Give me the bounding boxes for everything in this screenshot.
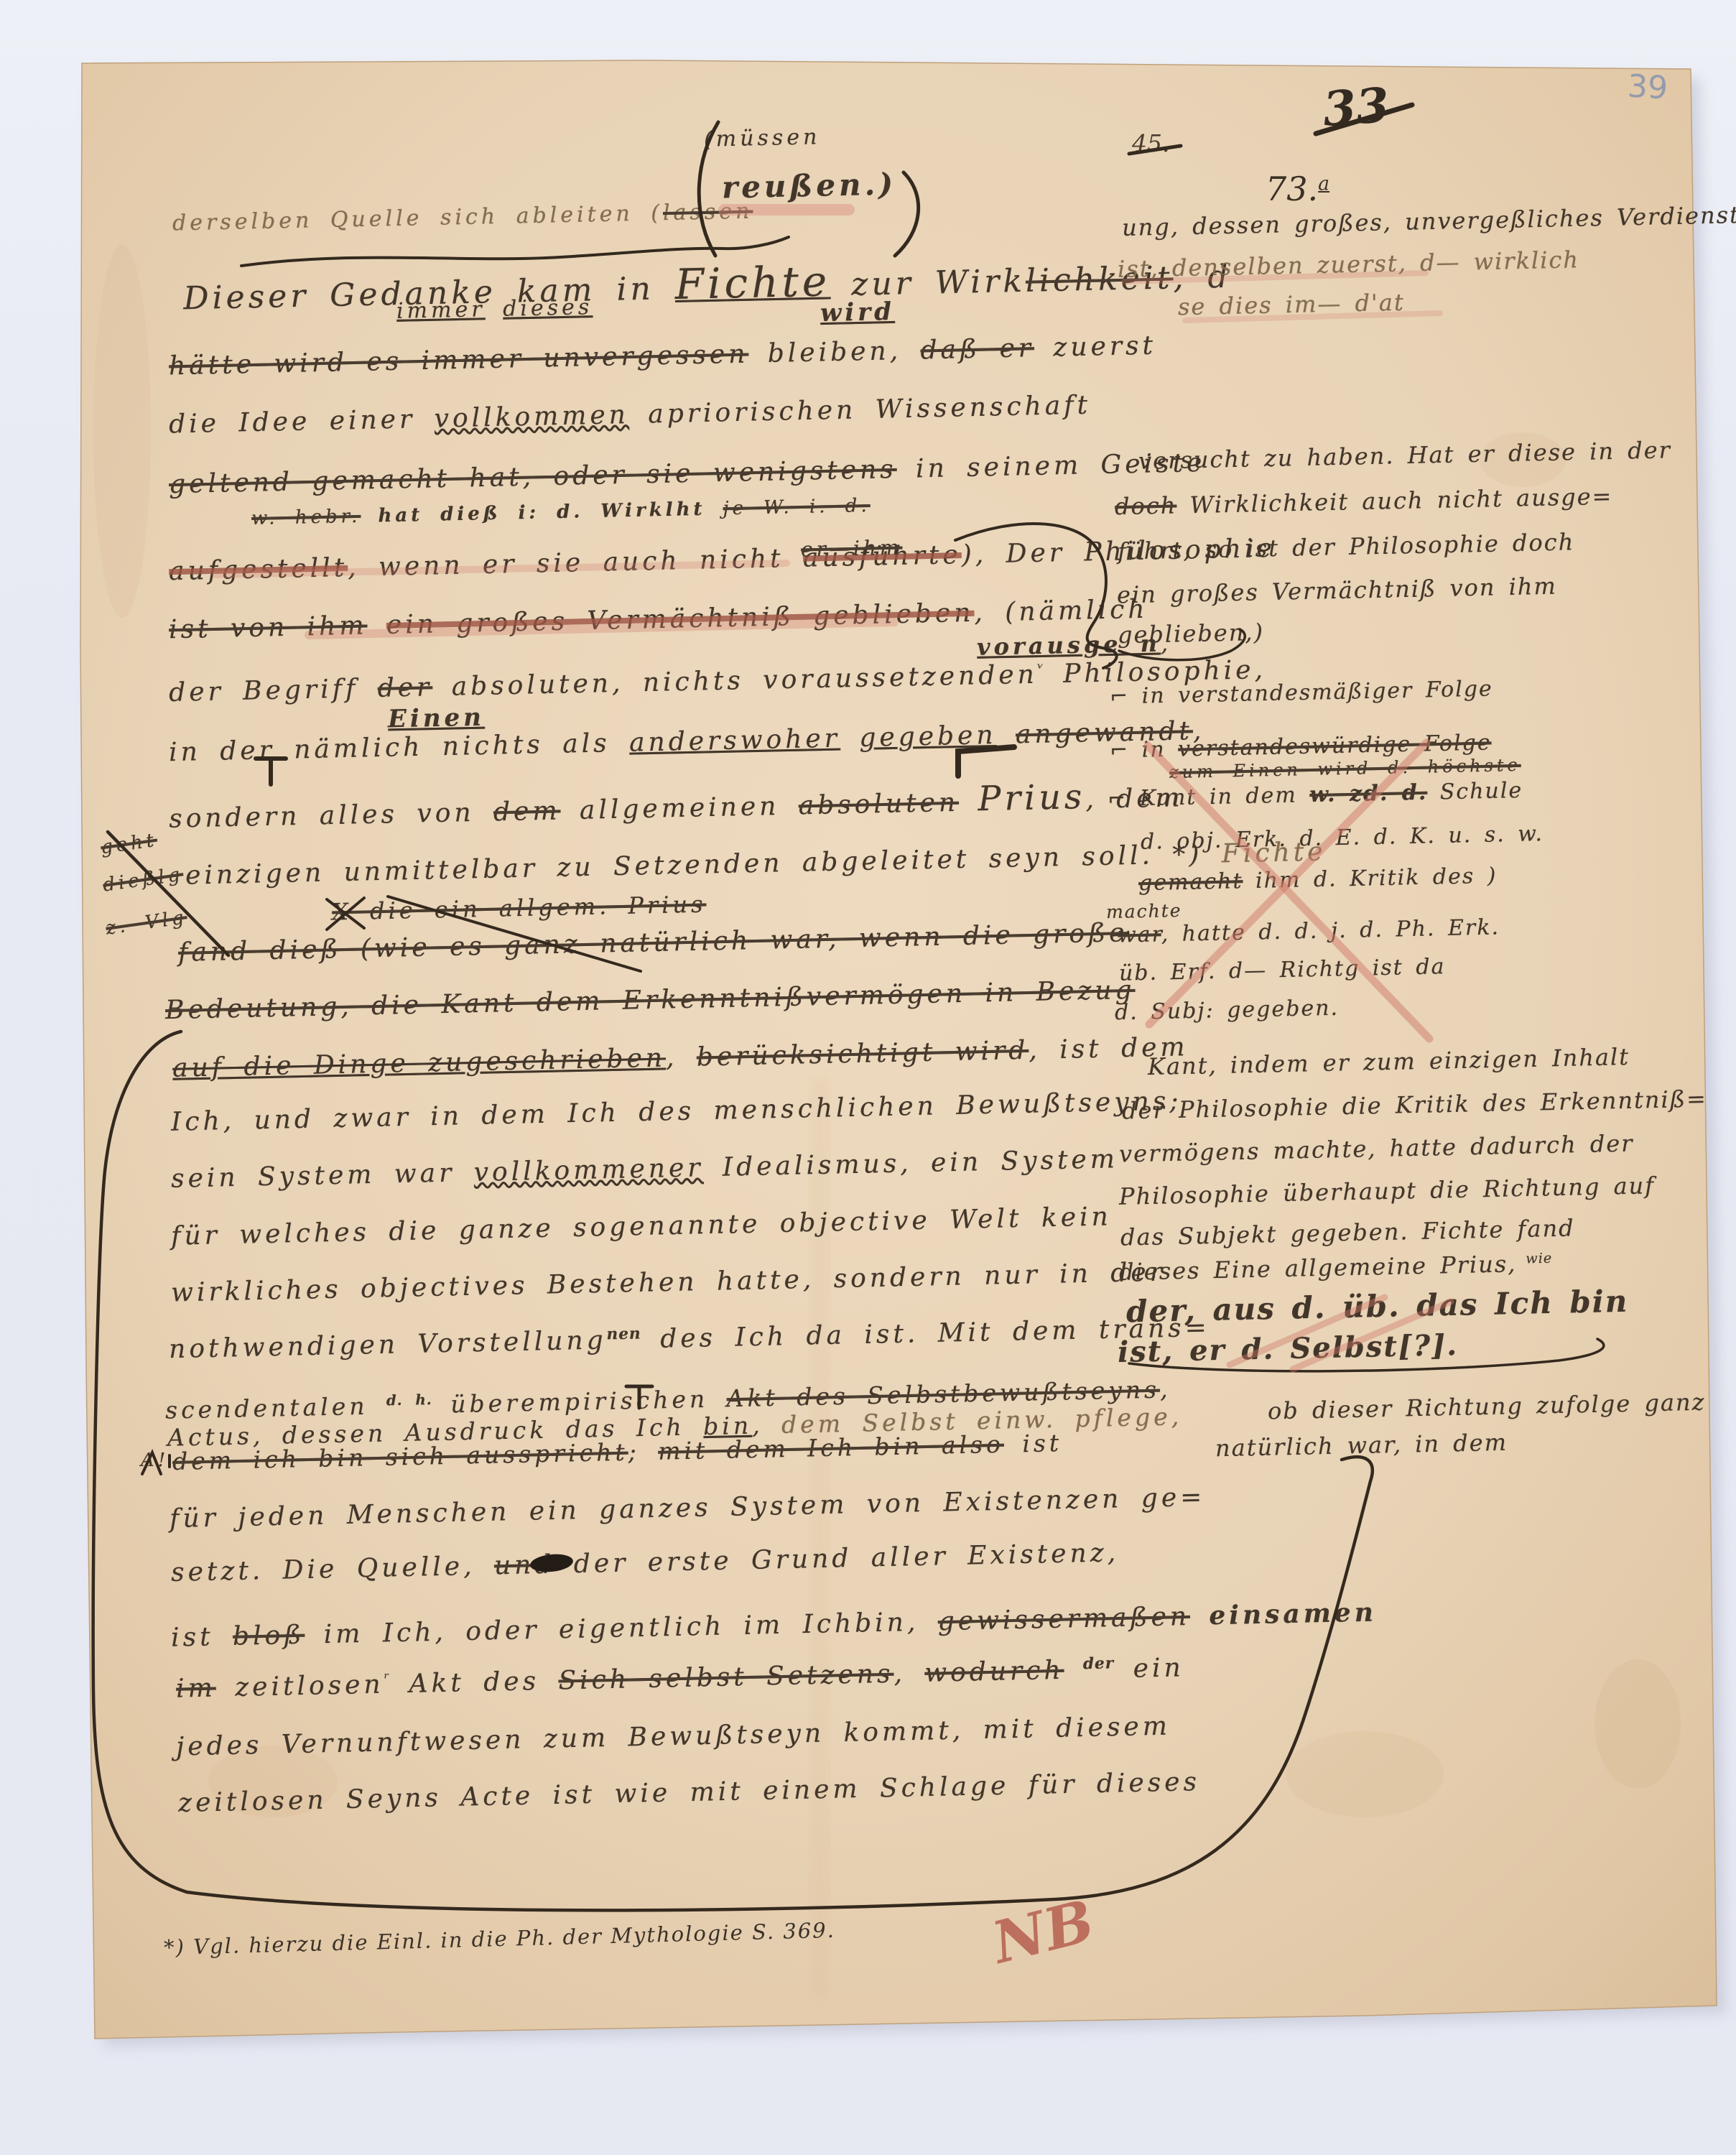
manuscript-line: machte: [1106, 902, 1182, 921]
manuscript-line: wirkliches objectives Bestehen hatte, so…: [171, 1260, 1166, 1307]
manuscript-text-segment: ,: [1160, 1375, 1171, 1403]
nb-red-annotation: NB: [986, 1886, 1100, 1976]
manuscript-text-segment: für welches die ganze sogenannte objecti…: [171, 1202, 1112, 1251]
manuscript-line: Dieser Gedanke kam in Fichte zur Wirklic…: [183, 252, 1233, 316]
manuscript-text-segment: berücksichtigt wird: [696, 1036, 1029, 1072]
manuscript-line: gemacht ihm d. Kritik des ): [1138, 866, 1498, 894]
manuscript-text-segment: d. obj. Erk. d. E. d. K. u. s. w.: [1141, 821, 1544, 855]
manuscript-text-segment: hätte wird es immer unvergessen: [169, 339, 749, 381]
manuscript-line: ung, dessen großes, unvergeßliches Verdi…: [1122, 203, 1736, 239]
manuscript-text-segment: daß er: [920, 333, 1034, 365]
manuscript-text-segment: und: [494, 1550, 555, 1581]
manuscript-text-segment: [485, 297, 503, 323]
manuscript-line: die Idee einer vollkommen apriorischen W…: [169, 393, 1092, 438]
manuscript-text-segment: [367, 611, 386, 641]
manuscript-text-segment: wirkliches objectives Bestehen hatte, so…: [171, 1258, 1166, 1308]
manuscript-text-segment: ᵛ: [1037, 659, 1044, 677]
manuscript-text-segment: im: [176, 1673, 217, 1703]
manuscript-line: das Subjekt gegeben. Fichte fand: [1120, 1216, 1575, 1248]
manuscript-text-segment: w. zd. d.: [1309, 780, 1428, 807]
manuscript-line: ⌐ in verstandesmäßiger Folge: [1110, 678, 1493, 708]
manuscript-text-segment: ,: [893, 1659, 925, 1689]
manuscript-line: hätte wird es immer unvergessen bleiben,…: [169, 333, 1157, 380]
manuscript-text-segment: dießlg: [101, 863, 185, 896]
manuscript-text-segment: war: [1118, 922, 1161, 947]
manuscript-line: wird: [820, 300, 896, 325]
manuscript-line: natürlich war, in dem: [1215, 1431, 1508, 1460]
manuscript-text-segment: im Ich, oder eigentlich im Ichbin,: [305, 1607, 938, 1649]
manuscript-text-segment: Wirk: [934, 263, 1026, 302]
manuscript-line: sondern alles von dem allgemeinen absolu…: [169, 778, 1184, 833]
manuscript-text-segment: ⌐ Kant in dem: [1108, 782, 1310, 812]
manuscript-line: (müssen: [704, 126, 821, 150]
manuscript-text-segment: ist: [1003, 1429, 1062, 1458]
manuscript-text-segment: der Philosophie die Kritik des Erkenntni…: [1122, 1085, 1708, 1124]
manuscript-line: versucht zu haben. Hat er diese in der: [1138, 438, 1671, 473]
manuscript-line: w. hebr. hat dieß i: d. Wirklht je W. i.…: [251, 496, 871, 528]
manuscript-text-segment: ist: [171, 1622, 233, 1653]
manuscript-text-segment: der erste Grund aller Existenz,: [554, 1538, 1120, 1579]
manuscript-text-segment: Idealismus, ein System: [703, 1144, 1118, 1182]
manuscript-line: der Begriff der absoluten, nichts voraus…: [169, 657, 1267, 706]
manuscript-text-segment: allgemeinen: [560, 791, 799, 825]
manuscript-text-segment: Prius: [978, 777, 1086, 819]
manuscript-text-segment: ein: [1114, 1653, 1184, 1684]
manuscript-line: immer dieses: [396, 297, 593, 323]
manuscript-text-segment: se dies im— d'at: [1178, 289, 1405, 321]
manuscript-text-segment: versucht zu haben. Hat er diese in der: [1138, 436, 1672, 475]
manuscript-text-segment: zeitlosen Seyns Acte ist wie mit einem S…: [178, 1767, 1201, 1818]
manuscript-line: Kant, indem er zum einzigen Inhalt: [1148, 1045, 1630, 1078]
manuscript-line: er—ihm: [801, 538, 903, 560]
manuscript-text-segment: Wirklichkeit auch nicht ausge=: [1176, 483, 1613, 519]
manuscript-text-segment: Sich selbst Setzens: [558, 1659, 894, 1696]
manuscript-text-segment: d. Subj: gegeben.: [1115, 996, 1340, 1026]
manuscript-line: z. Vlg: [105, 908, 188, 938]
manuscript-text-segment: [996, 720, 1016, 750]
manuscript-text-segment: der Begriff: [169, 674, 378, 708]
manuscript-line: geltend gemacht hat, oder sie wenigstens…: [169, 450, 1206, 498]
manuscript-line: Bedeutung, die Kant dem Erkenntnißvermög…: [165, 978, 1136, 1024]
manuscript-text-segment: er—ihm: [801, 536, 903, 562]
manuscript-line: X die ein allgem. Prius: [332, 893, 707, 924]
manuscript-text-segment: nothwendigen Vorstellung: [169, 1325, 607, 1364]
manuscript-line: geht: [100, 831, 159, 858]
manuscript-line: ist, er d. Selbst[?].: [1118, 1331, 1459, 1367]
manuscript-line: derselben Quelle sich ableiten (lassen: [172, 201, 753, 235]
manuscript-text-segment: apriorischen Wissenschaft: [628, 391, 1091, 430]
manuscript-text-segment: Akt des: [390, 1667, 559, 1700]
manuscript-line: der, aus d. üb. das Ich bin: [1126, 1287, 1629, 1327]
manuscript-text-segment: die Idee einer: [169, 404, 435, 440]
manuscript-text-segment: ⌐ in: [1110, 737, 1179, 764]
footnote: *) Vgl. hierzu die Einl. in die Ph. der …: [164, 1918, 836, 1960]
manuscript-text-segment: ,: [1161, 629, 1172, 657]
manuscript-text-segment: geht: [99, 830, 159, 859]
manuscript-line: reußen.): [722, 169, 897, 203]
manuscript-line: auf die Dinge zugeschrieben, berücksicht…: [172, 1034, 1189, 1082]
manuscript-line: d. obj. Erk. d. E. d. K. u. s. w.: [1141, 823, 1544, 853]
manuscript-text-segment: dieses Eine allgemeine Prius,: [1119, 1250, 1517, 1286]
manuscript-text-segment: vermögens machte, hatte dadurch der: [1119, 1130, 1634, 1168]
manuscript-line: fand dieß (wie es ganz natürlich war, we…: [178, 920, 1128, 966]
manuscript-text-segment: vorausge n: [977, 629, 1161, 660]
manuscript-line: vermögens machte, hatte dadurch der: [1119, 1132, 1634, 1166]
manuscript-line: dießlg: [102, 865, 185, 894]
manuscript-text-segment: in der nämlich nichts als: [169, 728, 630, 767]
manuscript-text-segment: das Subjekt gegeben. Fichte fand: [1120, 1214, 1575, 1251]
manuscript-line: vorausge n,: [977, 631, 1172, 659]
manuscript-line: aufgestellt, wenn er sie auch nicht ausf…: [169, 536, 1276, 585]
manuscript-text-segment: einzigen unmittelbar zu Setzenden abgele…: [185, 840, 1203, 891]
manuscript-text-segment: absoluten, nichts voraussetzenden: [432, 660, 1038, 703]
manuscript-text-segment: , hatte d. d. j. d. Ph. Erk.: [1161, 914, 1500, 947]
manuscript-text-segment: Einen: [388, 703, 486, 734]
manuscript-line: im zeitlosenʳ Akt des Sich selbst Setzen…: [176, 1654, 1184, 1702]
manuscript-text-segment: sein System war: [171, 1158, 474, 1194]
manuscript-text-segment: zeitlosen: [215, 1670, 384, 1703]
manuscript-text-segment: ein großes Vermächtniß geblieben: [386, 598, 974, 640]
manuscript-text-segment: machte: [1106, 900, 1182, 922]
manuscript-text-segment: der, aus d. üb. das Ich bin: [1126, 1284, 1629, 1330]
manuscript-line: jedes Vernunftwesen zum Bewußtseyn kommt…: [176, 1714, 1171, 1761]
manuscript-text-segment: derselben Quelle sich ableiten (: [172, 200, 664, 236]
manuscript-line: der Philosophie die Kritik des Erkenntni…: [1122, 1087, 1707, 1122]
manuscript-text-segment: Ich, und zwar in dem Ich des menschliche…: [171, 1086, 1182, 1136]
manuscript-text-segment: z. Vlg: [104, 907, 188, 940]
manuscript-text-segment: ,: [666, 1043, 697, 1073]
manuscript-text-segment: [1190, 1601, 1210, 1631]
manuscript-text-segment: der: [1083, 1654, 1115, 1673]
manuscript-text-segment: (müssen: [704, 124, 821, 152]
manuscript-line: ob dieser Richtung zufolge ganz: [1268, 1391, 1706, 1423]
folio-number-pencil: 39: [1627, 68, 1669, 107]
manuscript-text-segment: Bedeutung, die Kant dem Erkenntnißvermög…: [165, 975, 1136, 1025]
crossed-page-number: 33: [1321, 77, 1391, 137]
manuscript-text-segment: ein großes Vermächtniß von ihm: [1117, 573, 1557, 609]
manuscript-text-segment: Fichte: [674, 256, 831, 309]
manuscript-line: für jeden Menschen ein ganzes System von…: [170, 1485, 1206, 1532]
manuscript-text-segment: ob dieser Richtung zufolge ganz: [1268, 1389, 1706, 1425]
manuscript-text-segment: fand dieß (wie es ganz natürlich war, we…: [178, 918, 1128, 968]
manuscript-text-segment: geltend gemacht hat, oder sie wenigstens: [169, 455, 897, 499]
manuscript-text-segment: der: [377, 672, 432, 703]
manuscript-text-segment: jedes Vernunftwesen zum Bewußtseyn kommt…: [176, 1712, 1171, 1762]
manuscript-text-segment: aufgestellt: [169, 553, 348, 586]
manuscript-text-segment: w. hebr.: [251, 506, 361, 529]
manuscript-text-segment: zuerst: [1034, 331, 1157, 363]
manuscript-text-segment: einsamen: [1209, 1597, 1377, 1631]
manuscript-text-segment: gemacht: [1138, 868, 1243, 896]
manuscript-line: ⌐ Kant in dem w. zd. d. Schule: [1108, 780, 1523, 810]
manuscript-line: se dies im— d'at: [1178, 291, 1405, 319]
manuscript-text-segment: d. h.: [386, 1391, 432, 1409]
manuscript-text-segment: immer: [396, 297, 486, 324]
manuscript-line: in der nämlich nichts als anderswoher ge…: [169, 718, 1205, 766]
manuscript-text-segment: wie: [1516, 1250, 1552, 1267]
manuscript-line: Einen: [388, 705, 486, 732]
manuscript-line: d. Subj: gegeben.: [1115, 998, 1340, 1024]
manuscript-text-segment: absoluten: [798, 788, 959, 821]
manuscript-text-segment: setzt. Die Quelle,: [171, 1551, 495, 1587]
manuscript-text-segment: hat dieß i: d. Wirklht: [361, 498, 723, 527]
manuscript-text-segment: natürlich war, in dem: [1215, 1429, 1508, 1463]
manuscript-text-segment: auf die Dinge zugeschrieben: [172, 1043, 667, 1083]
section-number-sup: a: [1318, 172, 1329, 195]
manuscript-text-segment: doch: [1115, 491, 1177, 520]
manuscript-line: zeitlosen Seyns Acte ist wie mit einem S…: [178, 1769, 1201, 1817]
manuscript-text-segment: [1064, 1655, 1083, 1685]
manuscript-text-segment: nen: [606, 1325, 641, 1343]
manuscript-text-segment: ;: [628, 1437, 658, 1466]
manuscript-text-segment: Kant, indem er zum einzigen Inhalt: [1148, 1043, 1630, 1080]
manuscript-text-segment: A!: [141, 1450, 169, 1471]
manuscript-line: doch Wirklichkeit auch nicht ausge=: [1115, 485, 1613, 519]
manuscript-text-segment: gegeben: [859, 720, 997, 753]
manuscript-text-segment: wodurch: [924, 1656, 1064, 1688]
manuscript-line: für welches die ganze sogenannte objecti…: [171, 1204, 1112, 1249]
section-number: 73.a: [1266, 170, 1329, 208]
manuscript-line: ein großes Vermächtniß von ihm: [1117, 575, 1557, 607]
manuscript-text-segment: ihm d. Kritik des ): [1243, 863, 1498, 894]
manuscript-text-segment: sondern alles von: [169, 797, 494, 833]
manuscript-text-segment: [959, 787, 978, 817]
manuscript-text-segment: für jeden Menschen ein ganzes System von…: [170, 1483, 1206, 1534]
manuscript-text-segment: vollkommen: [434, 400, 629, 434]
manuscript-line: ist bloß im Ich, oder eigentlich im Ichb…: [171, 1599, 1377, 1651]
manuscript-text-segment: , wenn er sie auch nicht: [348, 544, 804, 583]
manuscript-line: A!: [141, 1451, 169, 1470]
manuscript-line: sein System war vollkommener Idealismus,…: [171, 1146, 1118, 1192]
manuscript-text-segment: anderswoher: [629, 724, 841, 758]
text-layer: derselben Quelle sich ableiten (lassenDi…: [0, 0, 1736, 2155]
manuscript-text-segment: Philosophie überhaupt die Richtung auf: [1119, 1172, 1656, 1210]
manuscript-text-segment: ung, dessen großes, unvergeßliches Verdi…: [1122, 201, 1736, 241]
manuscript-text-segment: ist von ihm: [169, 611, 368, 644]
manuscript-line: Ich, und zwar in dem Ich des menschliche…: [171, 1088, 1182, 1135]
manuscript-text-segment: [840, 723, 859, 754]
manuscript-text-segment: je W. i. d.: [723, 495, 871, 519]
manuscript-text-segment: ist, denselben zuerst, d— wirklich: [1118, 246, 1580, 282]
crossed-number-small: 45.: [1132, 129, 1169, 157]
manuscript-text-segment: vollkommener: [473, 1153, 704, 1187]
manuscript-text-segment: reußen.): [722, 166, 897, 205]
manuscript-text-segment: X die ein allgem. Prius: [332, 891, 707, 926]
section-number-main: 73.: [1266, 170, 1318, 208]
manuscript-text-segment: führt, so ist der Philosophie doch: [1118, 528, 1575, 565]
manuscript-text-segment: dieses: [503, 295, 593, 322]
manuscript-text-segment: bleiben,: [748, 335, 921, 369]
manuscript-line: setzt. Die Quelle, und der erste Grund a…: [171, 1540, 1120, 1586]
manuscript-line: dieses Eine allgemeine Prius, wie: [1119, 1251, 1553, 1284]
manuscript-text-segment: Schule: [1427, 778, 1523, 805]
manuscript-line: war, hatte d. d. j. d. Ph. Erk.: [1118, 917, 1500, 946]
manuscript-line: üb. Erf. d— Richtg ist da: [1119, 956, 1446, 985]
manuscript-line: Philosophie überhaupt die Richtung auf: [1119, 1174, 1656, 1208]
manuscript-text-segment: gewissermaßen: [937, 1602, 1190, 1636]
manuscript-line: nothwendigen Vorstellungnen des Ich da i…: [169, 1315, 1210, 1363]
manuscript-text-segment: wird: [820, 297, 896, 328]
manuscript-text-segment: dem: [493, 796, 561, 827]
manuscript-scan: derselben Quelle sich ableiten (lassenDi…: [0, 0, 1736, 2155]
manuscript-text-segment: ist, er d. Selbst[?].: [1118, 1328, 1459, 1369]
manuscript-text-segment: üb. Erf. d— Richtg ist da: [1119, 954, 1446, 986]
manuscript-text-segment: bloß: [233, 1621, 305, 1651]
